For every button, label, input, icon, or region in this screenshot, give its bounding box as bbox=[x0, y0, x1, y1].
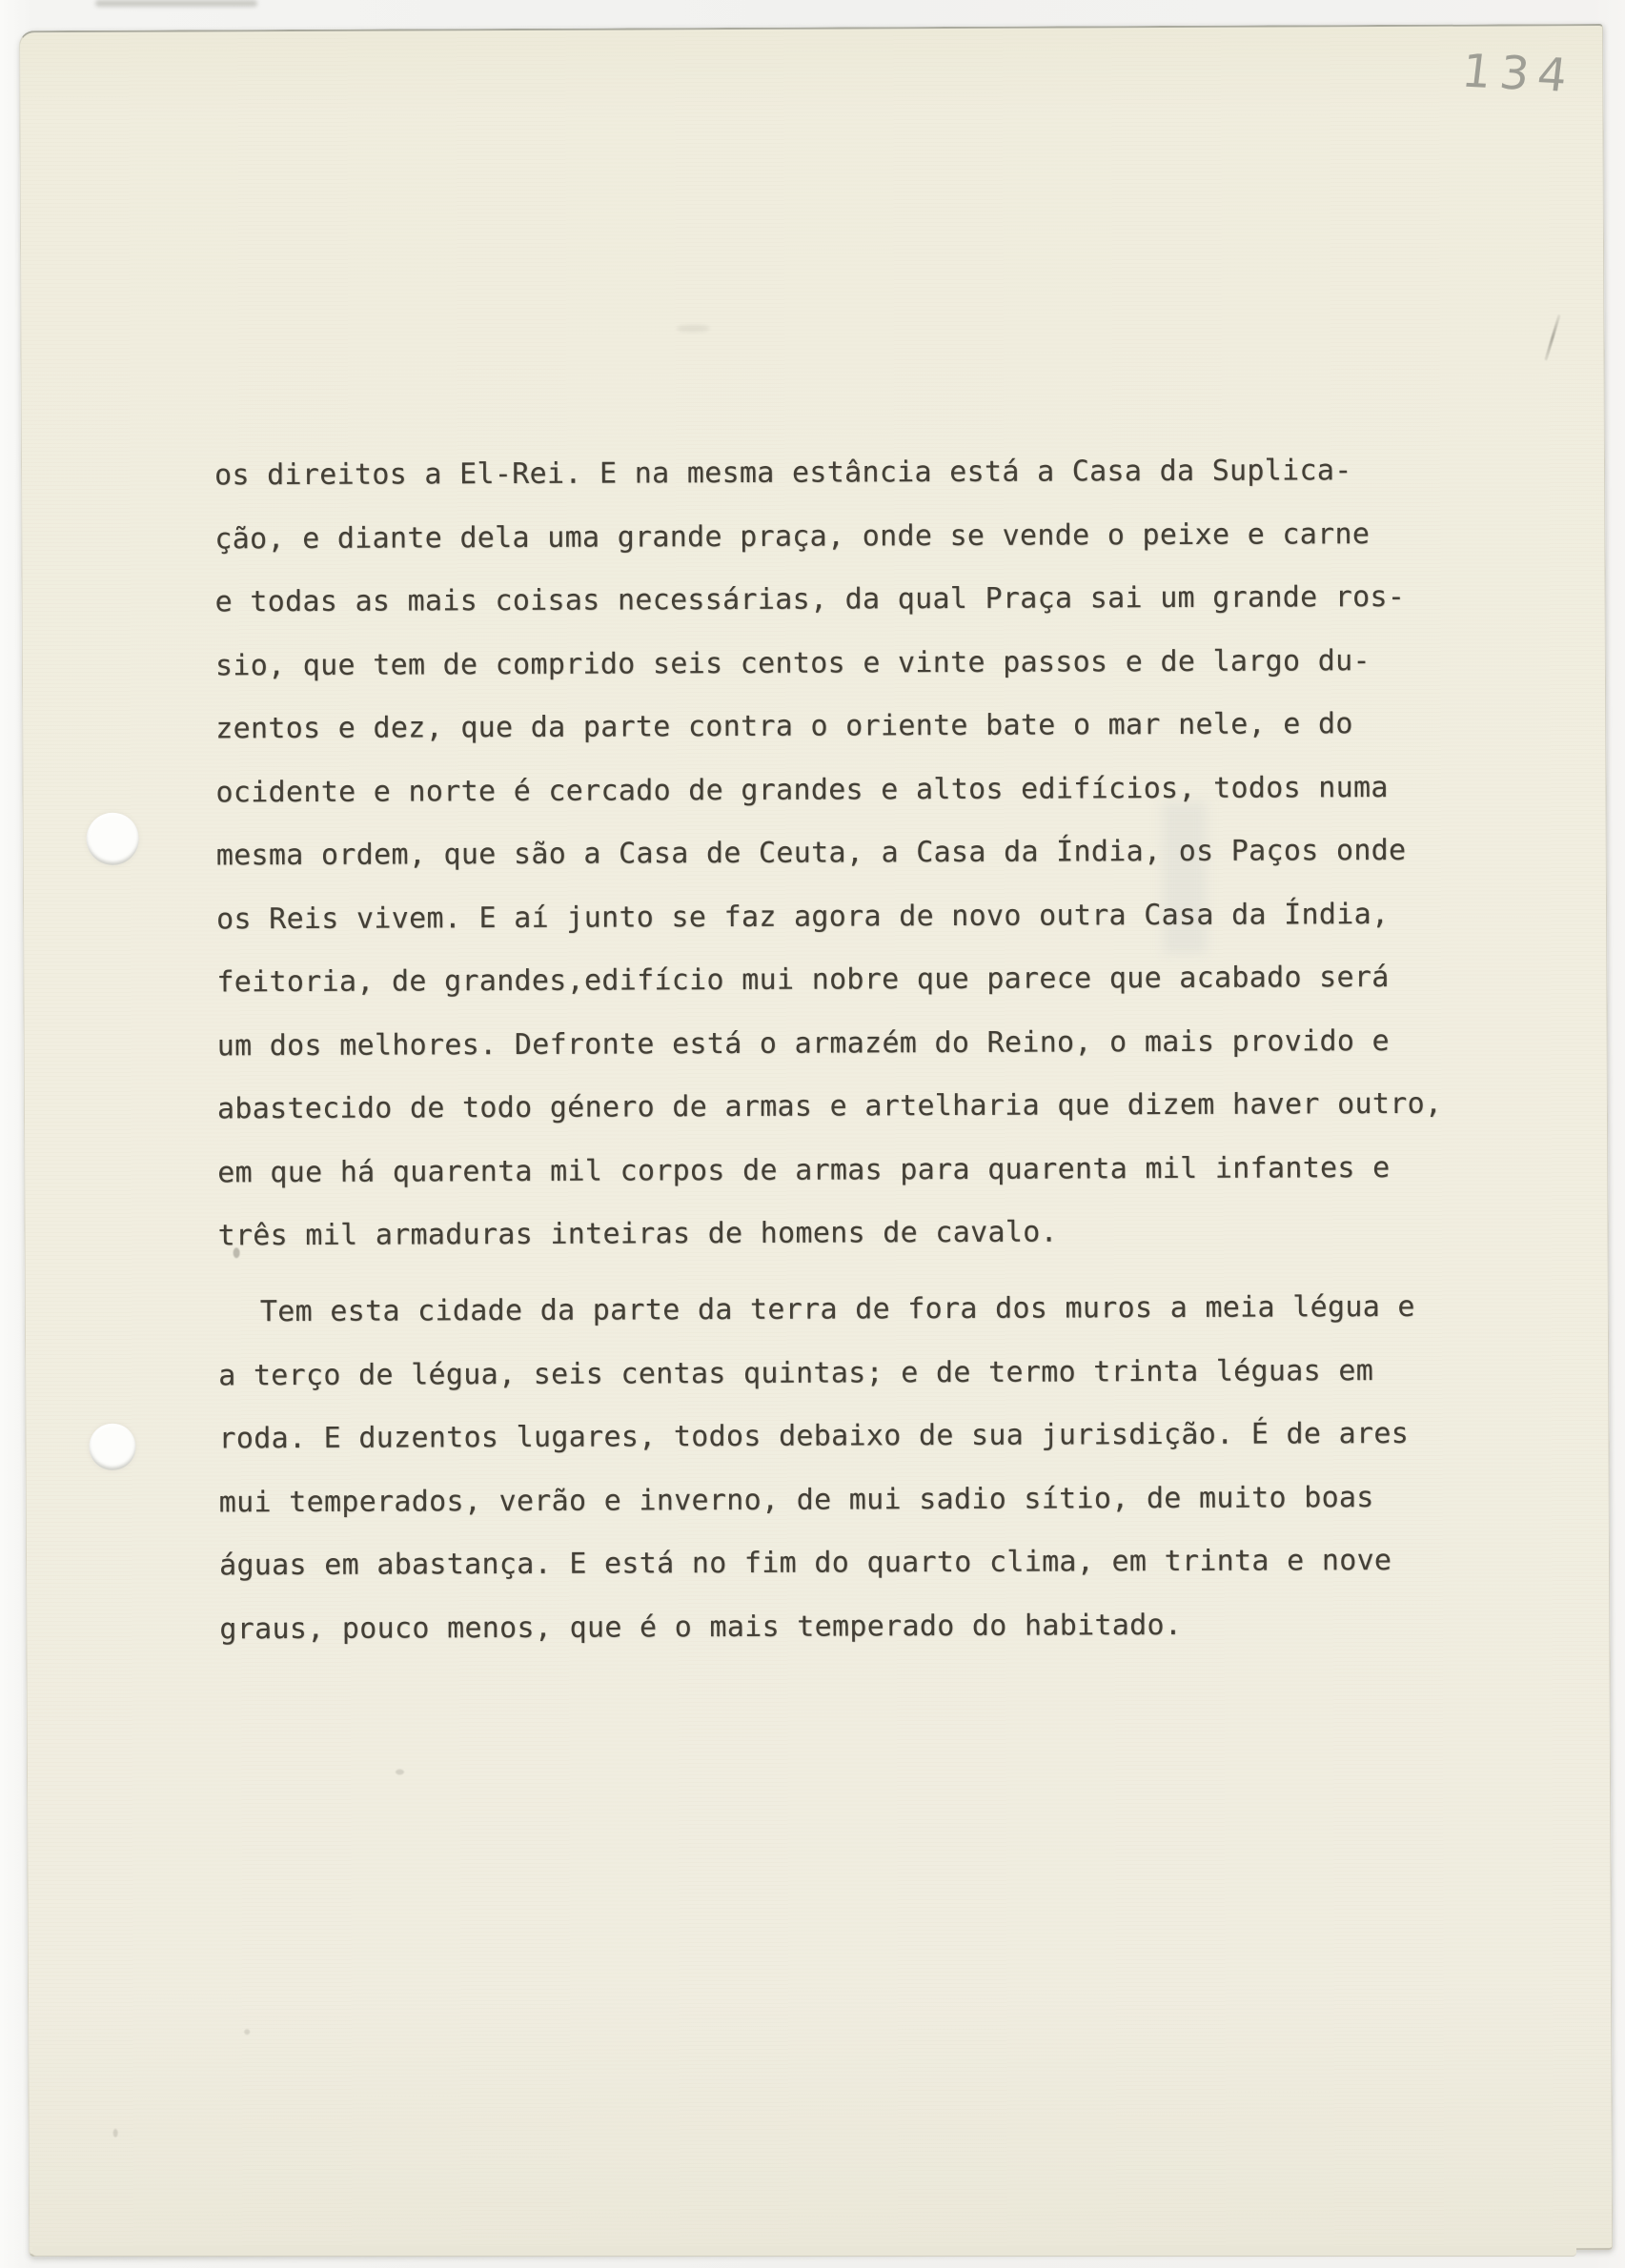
ink-speck bbox=[113, 2129, 118, 2137]
text-line: águas em abastança. E está no fim do qua… bbox=[219, 1529, 1534, 1598]
underlying-sheet-edge bbox=[32, 2246, 1576, 2257]
text-line: três mil armaduras inteiras de homens de… bbox=[217, 1199, 1533, 1268]
ink-speck bbox=[677, 325, 709, 332]
punch-hole-bottom bbox=[89, 1424, 135, 1470]
text-line: ocidente e norte é cercado de grandes e … bbox=[215, 756, 1531, 825]
text-line: feitoria, de grandes,edifício mui nobre … bbox=[216, 945, 1532, 1015]
paragraph: os direitos a El-Rei. E na mesma estânci… bbox=[214, 438, 1534, 1268]
scanner-edge-smudge bbox=[95, 0, 257, 7]
text-line: e todas as mais coisas necessárias, da q… bbox=[214, 565, 1530, 635]
pencil-slash-mark bbox=[1544, 314, 1560, 361]
text-line: Tem esta cidade da parte da terra de for… bbox=[218, 1275, 1534, 1345]
text-line: sio, que tem de comprido seis centos e v… bbox=[215, 629, 1531, 699]
paper-sheet: 134 os direitos a El-Rei. E na mesma est… bbox=[19, 24, 1613, 2257]
scan-backdrop: 134 os direitos a El-Rei. E na mesma est… bbox=[0, 0, 1625, 2268]
typewritten-text-block: os direitos a El-Rei. E na mesma estânci… bbox=[20, 26, 1602, 32]
ink-speck bbox=[244, 2029, 250, 2035]
text-line: graus, pouco menos, que é o mais tempera… bbox=[219, 1592, 1534, 1662]
text-line: a terço de légua, seis centas quintas; e… bbox=[218, 1339, 1534, 1408]
handwritten-page-number: 134 bbox=[1459, 45, 1578, 103]
text-line: em que há quarenta mil corpos de armas p… bbox=[217, 1136, 1533, 1205]
text-line: roda. E duzentos lugares, todos debaixo … bbox=[218, 1402, 1534, 1471]
text-line: abastecido de todo género de armas e art… bbox=[217, 1072, 1533, 1142]
text-line: os direitos a El-Rei. E na mesma estânci… bbox=[214, 438, 1530, 508]
text-line: zentos e dez, que da parte contra o orie… bbox=[215, 692, 1531, 761]
punch-hole-top bbox=[87, 813, 139, 865]
text-line: mesma ordem, que são a Casa de Ceuta, a … bbox=[216, 819, 1532, 888]
text-line: os Reis vivem. E aí junto se faz agora d… bbox=[216, 882, 1532, 952]
text-line: ção, e diante dela uma grande praça, ond… bbox=[214, 502, 1530, 572]
text-line: um dos melhores. Defronte está o armazém… bbox=[217, 1009, 1533, 1079]
ink-speck bbox=[396, 1770, 404, 1775]
text-line: mui temperados, verão e inverno, de mui … bbox=[219, 1466, 1534, 1535]
paragraph: Tem esta cidade da parte da terra de for… bbox=[218, 1275, 1535, 1661]
